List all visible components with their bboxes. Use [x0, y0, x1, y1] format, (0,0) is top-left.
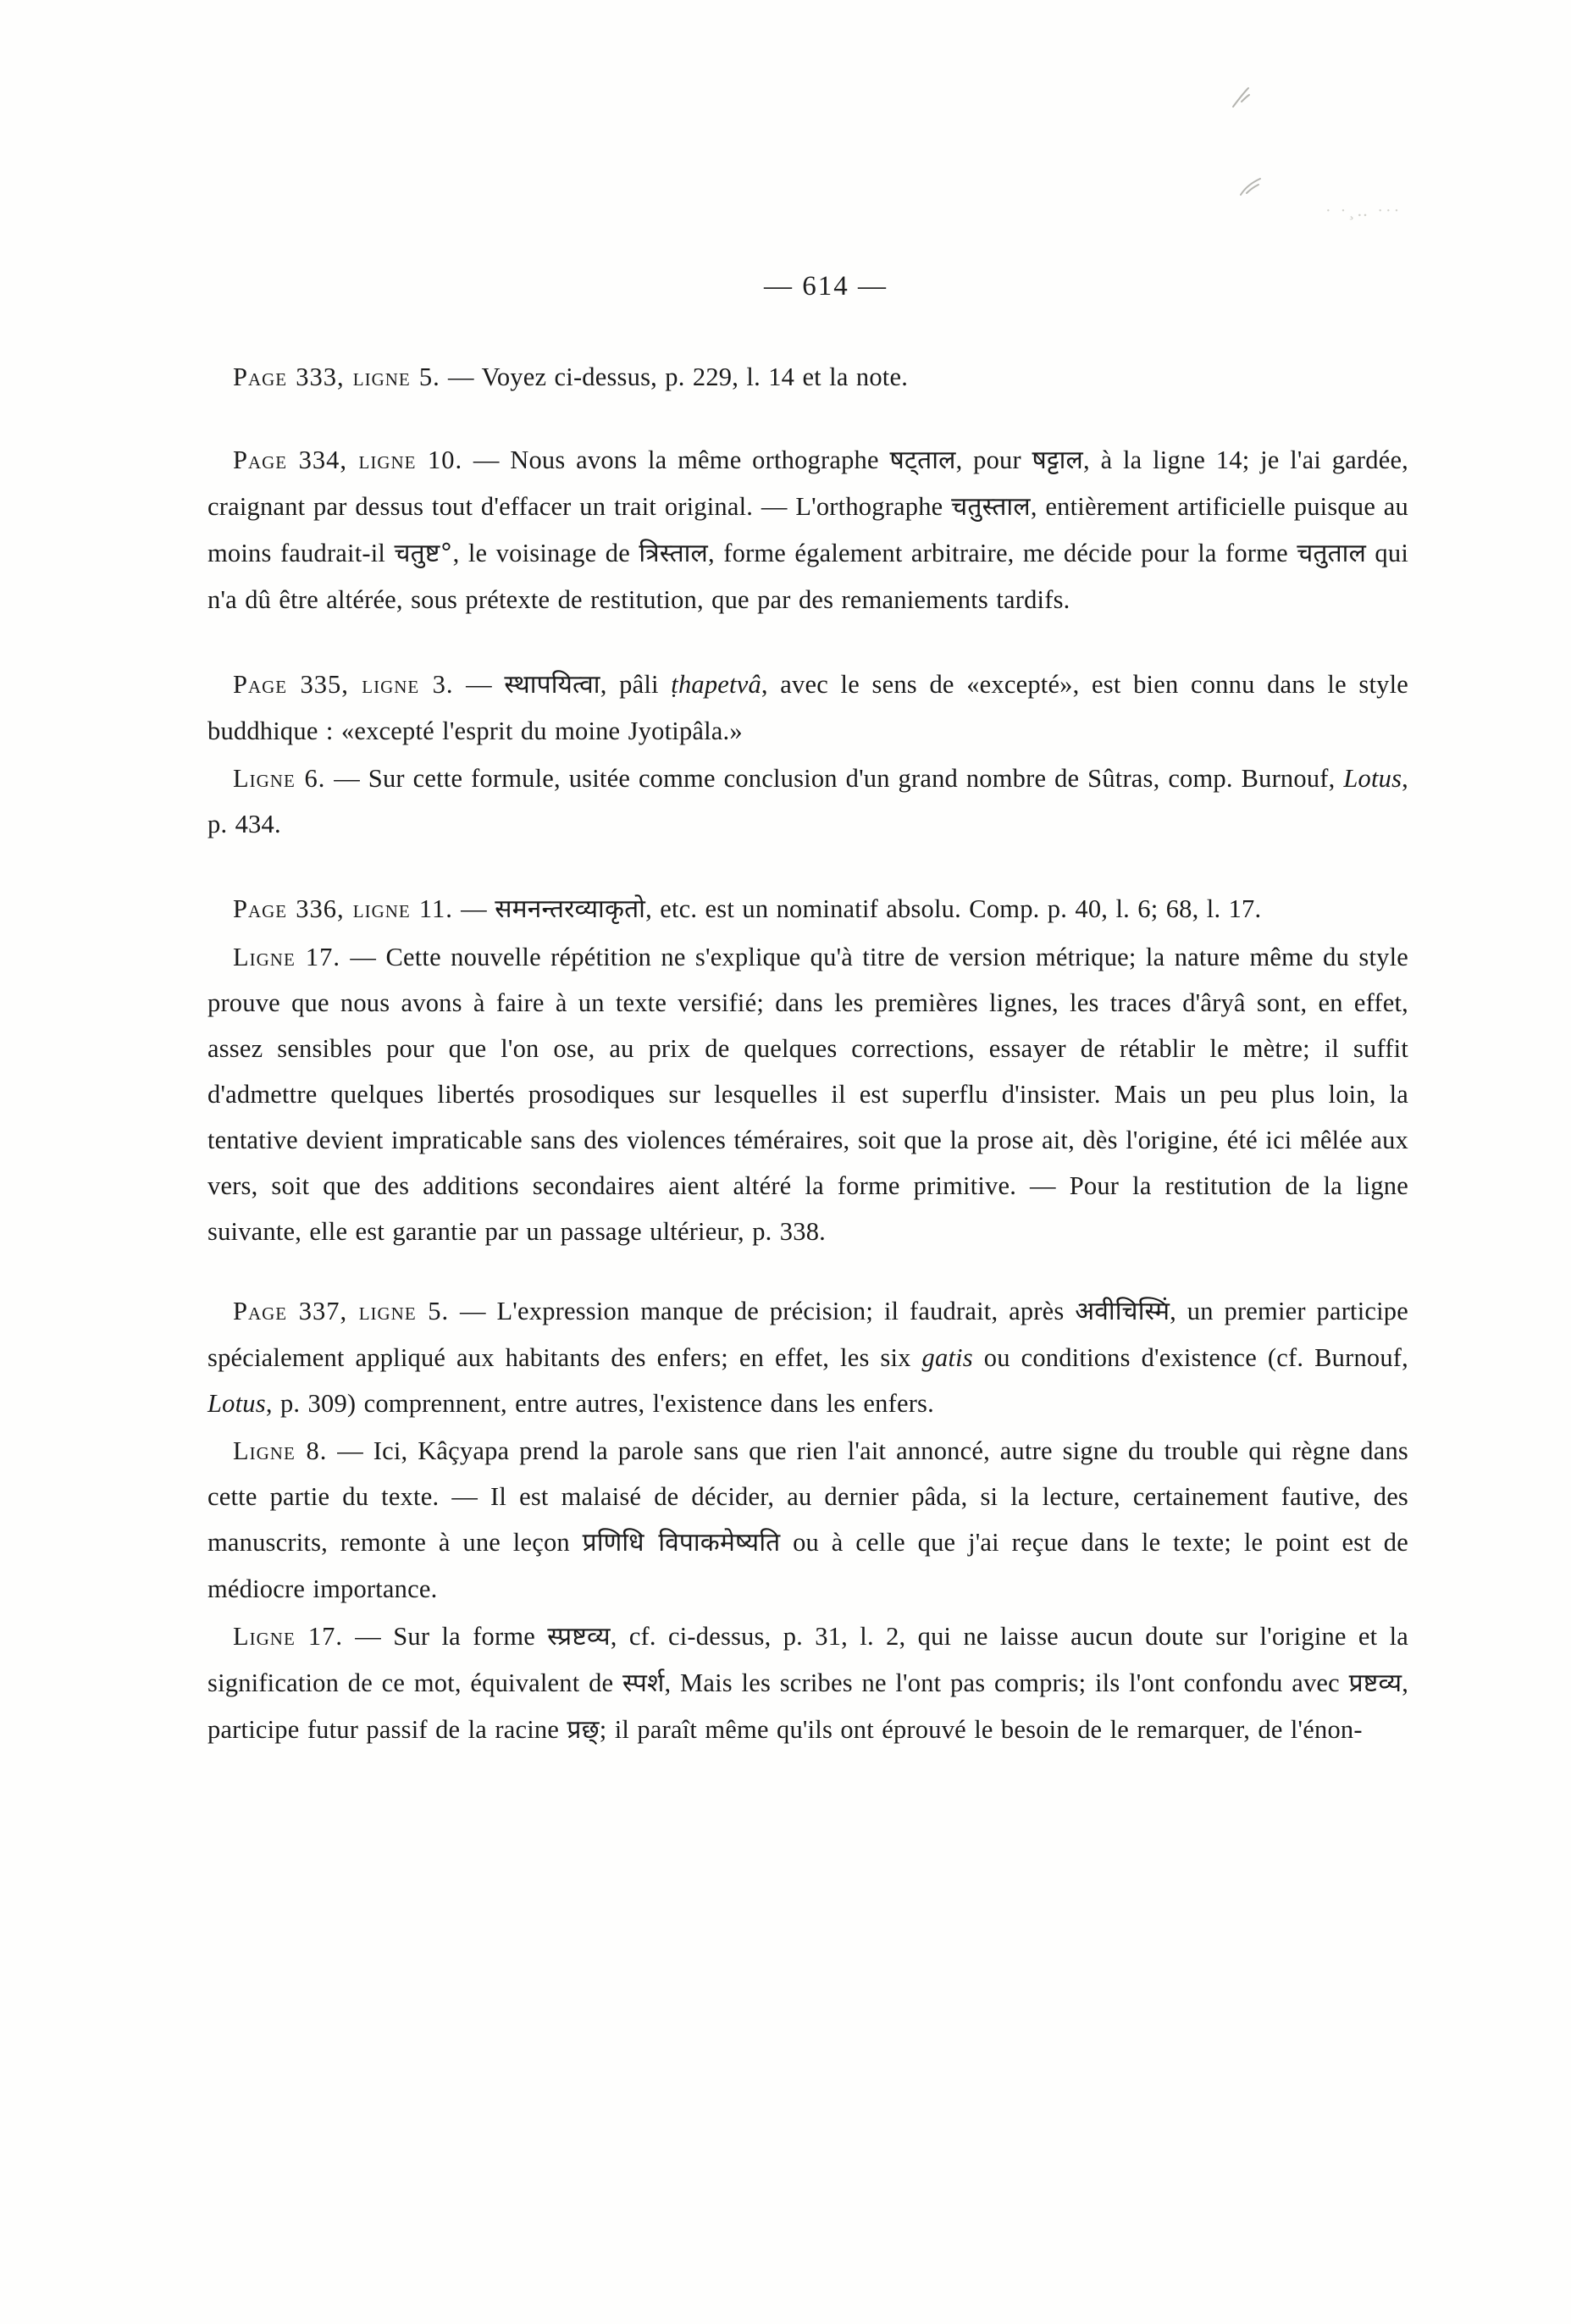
text-run: ou conditions d'existence (cf. Burnouf,: [973, 1343, 1408, 1372]
page-content: Page 333, ligne 5. — Voyez ci-dessus, p.…: [207, 354, 1408, 1753]
scan-artifact: [1230, 85, 1252, 114]
devanagari-text-run: त्रिस्ताल: [639, 539, 708, 568]
text-run: — Voyez ci-dessus, p. 229, l. 14 et la n…: [440, 362, 908, 391]
text-run: Page 335, ligne 3.: [233, 670, 454, 699]
note-paragraph: Page 333, ligne 5. — Voyez ci-dessus, p.…: [207, 354, 1408, 400]
text-run: Ligne 6.: [233, 764, 325, 793]
note-paragraph: Ligne 8. — Ici, Kâçyapa prend la parole …: [207, 1428, 1408, 1612]
text-run: Ligne 17.: [233, 1622, 343, 1651]
text-run: — Nous avons la même orthographe: [462, 445, 889, 474]
text-run: Page 334, ligne 10.: [233, 445, 462, 474]
scan-artifact: [1238, 176, 1264, 202]
text-run: , pour: [956, 445, 1032, 474]
text-run: , Mais les scribes ne l'ont pas compris;…: [665, 1668, 1349, 1697]
text-run: Ligne 17.: [233, 943, 340, 971]
note-paragraph: Page 337, ligne 5. — L'expression manque…: [207, 1288, 1408, 1426]
devanagari-text-run: चतुष्ट°: [394, 539, 452, 568]
text-run: ṭhapetvâ: [671, 670, 761, 699]
text-run: , p. 309) comprennent, entre autres, l'e…: [266, 1389, 934, 1418]
text-run: —: [454, 670, 505, 699]
text-run: , pâli: [600, 670, 672, 699]
devanagari-text-run: षट्ताल: [889, 445, 955, 475]
scanned-book-page: — 614 — · ·¸‥ ··· Page 333, ligne 5. — V…: [0, 0, 1571, 2324]
devanagari-text-run: स्पर्श: [622, 1668, 665, 1698]
devanagari-text-run: प्रछ्: [567, 1715, 599, 1745]
text-run: Lotus: [207, 1389, 266, 1418]
text-run: Page 337, ligne 5.: [233, 1297, 449, 1325]
note-paragraph: Ligne 17. — Sur la forme स्प्रष्टव्य, cf…: [207, 1613, 1408, 1753]
text-run: — Cette nouvelle répétition ne s'expliqu…: [207, 943, 1408, 1246]
text-run: —: [453, 894, 495, 923]
text-run: — Sur cette formule, usitée comme conclu…: [325, 764, 1343, 793]
note-paragraph: Ligne 6. — Sur cette formule, usitée com…: [207, 755, 1408, 847]
text-run: ; il paraît même qu'ils ont éprouvé le b…: [600, 1715, 1363, 1744]
devanagari-text-run: अवीचिस्मिं: [1075, 1297, 1170, 1326]
devanagari-text-run: चतुस्ताल: [951, 492, 1031, 522]
scan-artifact: · ·¸‥ ···: [1325, 200, 1402, 221]
text-run: , forme également arbitraire, me décide …: [708, 539, 1297, 567]
devanagari-text-run: षट्टाल: [1032, 445, 1083, 475]
devanagari-text-run: स्थापयित्वा: [504, 670, 600, 700]
note-paragraph: Ligne 17. — Cette nouvelle répétition ne…: [207, 934, 1408, 1254]
text-run: — L'expression manque de précision; il f…: [449, 1297, 1075, 1325]
text-run: , etc. est un nominatif absolu. Comp. p.…: [645, 894, 1261, 923]
text-run: Page 333, ligne 5.: [233, 362, 440, 391]
text-run: Ligne 8.: [233, 1436, 327, 1465]
text-run: Page 336, ligne 11.: [233, 894, 453, 923]
devanagari-text-run: स्प्रष्टव्य: [547, 1622, 610, 1652]
page-number: — 614 —: [207, 271, 1444, 302]
note-paragraph: Page 336, ligne 11. — समनन्तरव्याकृतो, e…: [207, 886, 1408, 932]
text-run: gatis: [922, 1343, 973, 1372]
devanagari-text-run: चतुताल: [1297, 539, 1366, 568]
text-run: , le voisinage de: [453, 539, 639, 567]
text-run: Lotus: [1343, 764, 1402, 793]
text-run: — Sur la forme: [343, 1622, 547, 1651]
devanagari-text-run: प्रणिधि विपाकमेष्यति: [583, 1528, 781, 1558]
devanagari-text-run: समनन्तरव्याकृतो: [495, 894, 645, 924]
note-paragraph: Page 334, ligne 10. — Nous avons la même…: [207, 437, 1408, 622]
note-paragraph: Page 335, ligne 3. — स्थापयित्वा, pâli ṭ…: [207, 661, 1408, 754]
devanagari-text-run: प्रष्टव्य: [1349, 1668, 1402, 1698]
